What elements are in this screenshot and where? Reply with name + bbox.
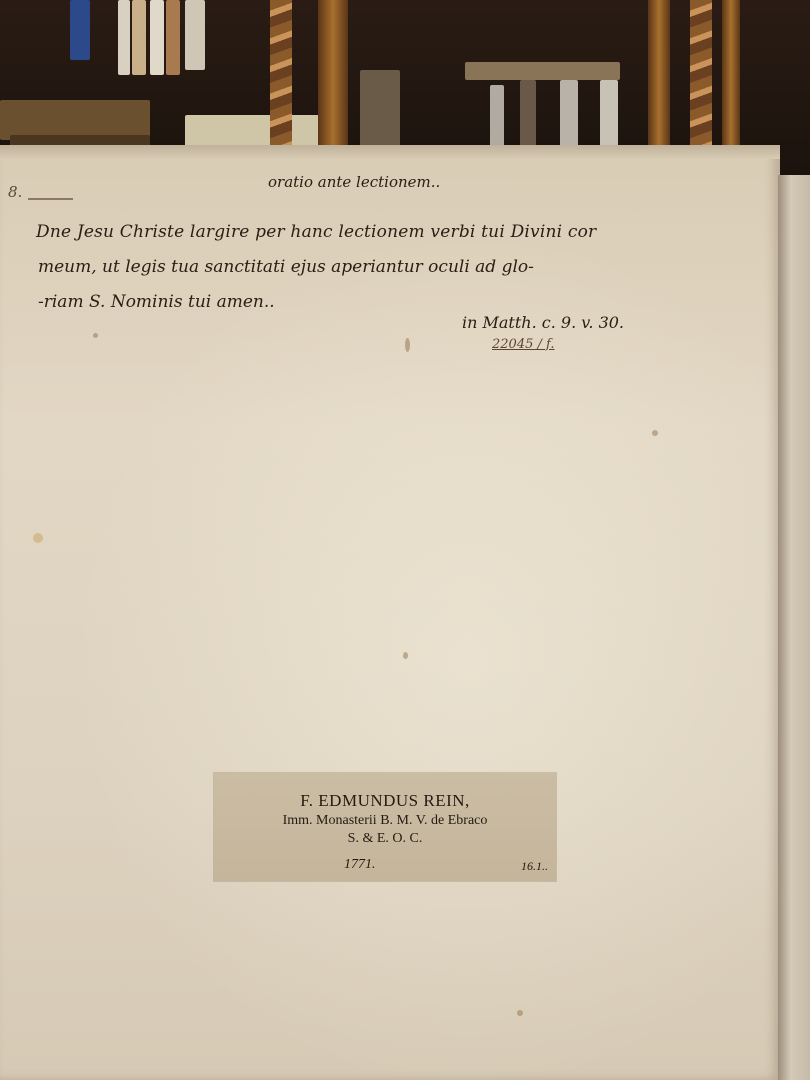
- background-book: [185, 0, 205, 70]
- manuscript-line-2: meum, ut legis tua sanctitati ejus aperi…: [38, 257, 534, 277]
- foxing-spot: [405, 338, 410, 352]
- manuscript-line-1: Dne Jesu Christe largire per hanc lectio…: [36, 222, 596, 242]
- manuscript-heading: oratio ante lectionem..: [268, 173, 440, 191]
- background-book: [360, 70, 400, 155]
- order-abbreviation: S. & E. O. C.: [214, 831, 556, 847]
- background-book: [0, 100, 150, 140]
- background-book: [465, 62, 620, 80]
- background-book: [520, 80, 536, 155]
- background-book: [150, 0, 164, 75]
- handwritten-year: 1771.: [344, 857, 376, 873]
- page-top-edge: [0, 145, 780, 159]
- background-book: [118, 0, 130, 75]
- foxing-spot: [517, 1010, 523, 1016]
- background-book: [166, 0, 180, 75]
- ex-libris-label: F. EDMUNDUS REIN, Imm. Monasterii B. M. …: [214, 773, 556, 881]
- background-book: [560, 80, 578, 155]
- scripture-reference: in Matth. c. 9. v. 30.: [462, 313, 624, 332]
- foxing-spot: [652, 430, 658, 436]
- margin-page-number: 8.: [8, 183, 22, 201]
- foxing-spot: [93, 333, 98, 338]
- book-spine-edge: [778, 175, 810, 1080]
- foxing-spot: [33, 533, 43, 543]
- background-book: [132, 0, 146, 75]
- handwritten-number: 16.1..: [521, 859, 548, 874]
- book-flyleaf: [0, 145, 780, 1080]
- manuscript-line-3: -riam S. Nominis tui amen..: [38, 292, 275, 312]
- shelfmark: 22045 / f.: [492, 337, 554, 352]
- margin-dash: [28, 198, 73, 200]
- owner-name: F. EDMUNDUS REIN,: [214, 791, 556, 811]
- background-book: [600, 80, 618, 155]
- monastery-name: Imm. Monasterii B. M. V. de Ebraco: [214, 813, 556, 829]
- foxing-spot: [403, 652, 408, 659]
- background-book: [70, 0, 90, 60]
